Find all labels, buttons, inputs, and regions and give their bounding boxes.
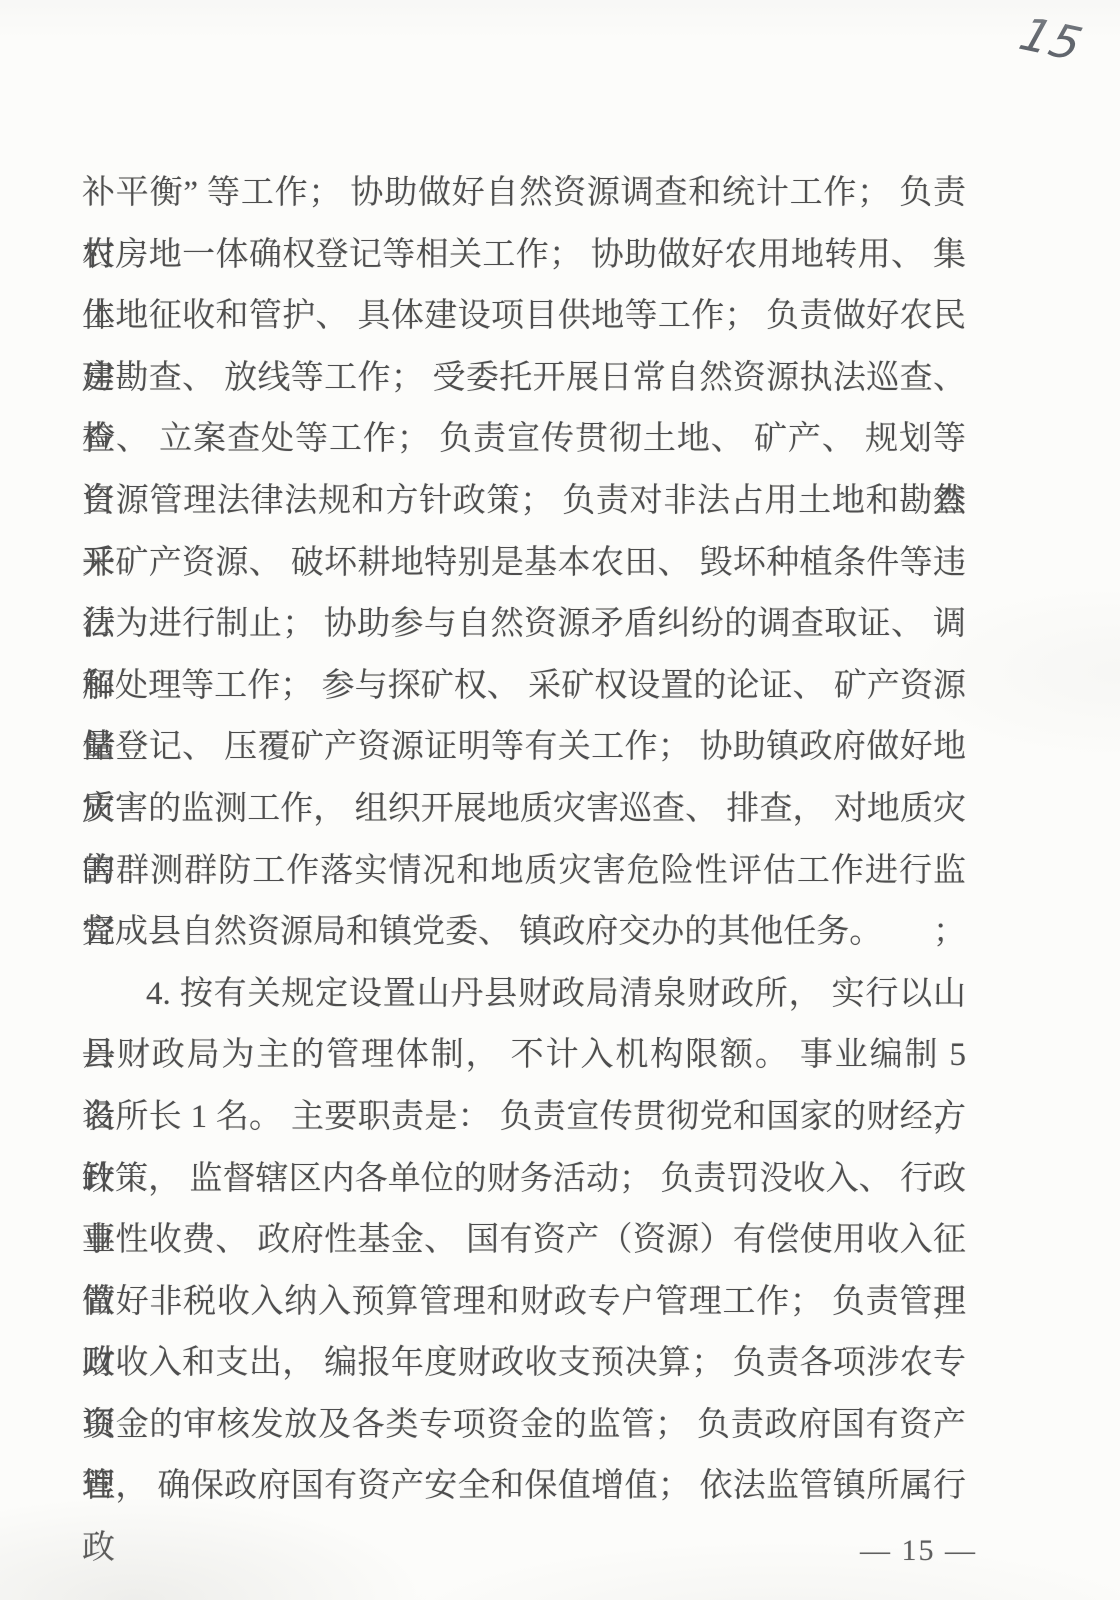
text-line: 政收入和支出， 编报年度财政收支预决算； 负责各项涉农专项: [82, 1333, 966, 1395]
text-line: 村房地一体确权登记等相关工作； 协助做好农用地转用、 集体: [82, 225, 966, 287]
document-body: 补平衡” 等工作； 协助做好自然资源调查和统计工作； 负责农 村房地一体确权登记…: [82, 163, 966, 1518]
text-line: 土地征收和管护、 具体建设项目供地等工作； 负责做好农民建: [82, 286, 966, 348]
text-line-paragraph-start: 4. 按有关规定设置山丹县财政局清泉财政所， 实行以山丹: [82, 964, 966, 1026]
footer-page-number: — 15 —: [860, 1534, 977, 1568]
scanned-document-page: 15 补平衡” 等工作； 协助做好自然资源调查和统计工作； 负责农 村房地一体确…: [0, 0, 1120, 1600]
text-line: 房勘查、 放线等工作； 受委托开展日常自然资源执法巡查、 检: [82, 348, 966, 410]
handwritten-page-number: 15: [1014, 7, 1090, 71]
text-line: 资源管理法律法规和方针政策； 负责对非法占用土地和勘查开: [82, 471, 966, 533]
text-line: 业性收费、 政府性基金、 国有资产（资源）有偿使用收入征管，: [82, 1210, 966, 1272]
text-line: 灾害的监测工作， 组织开展地质灾害巡查、 排查， 对地质灾害: [82, 779, 966, 841]
text-line: 县财政局为主的管理体制， 不计入机构限额。 事业编制 5 名，: [82, 1025, 966, 1087]
text-line: 量登记、 压覆矿产资源证明等有关工作； 协助镇政府做好地质: [82, 717, 966, 779]
text-line: 设所长 1 名。 主要职责是： 负责宣传贯彻党和国家的财经方针: [82, 1087, 966, 1149]
text-line: 采矿产资源、 破坏耕地特别是基本农田、 毁坏种植条件等违法: [82, 533, 966, 595]
text-line: 行为进行制止； 协助参与自然资源矛盾纠纷的调查取证、 调解: [82, 594, 966, 656]
text-line: 资金的审核发放及各类专项资金的监管； 负责政府国有资产管: [82, 1395, 966, 1457]
text-line: 查、 立案查处等工作； 负责宣传贯彻土地、 矿产、 规划等自然: [82, 409, 966, 471]
text-line: 政策， 监督辖区内各单位的财务活动； 负责罚没收入、 行政事: [82, 1149, 966, 1211]
text-line-paragraph-end: 完成县自然资源局和镇党委、 镇政府交办的其他任务。: [82, 902, 966, 964]
text-line: 补平衡” 等工作； 协助做好自然资源调查和统计工作； 负责农: [82, 163, 966, 225]
text-line: 理， 确保政府国有资产安全和保值增值； 依法监管镇所属行政: [82, 1456, 966, 1518]
text-line: 做好非税收入纳入预算管理和财政专户管理工作； 负责管理财: [82, 1272, 966, 1334]
text-line: 和处理等工作； 参与探矿权、 采矿权设置的论证、 矿产资源储: [82, 656, 966, 718]
text-line: 的群测群防工作落实情况和地质灾害危险性评估工作进行监督；: [82, 841, 966, 903]
